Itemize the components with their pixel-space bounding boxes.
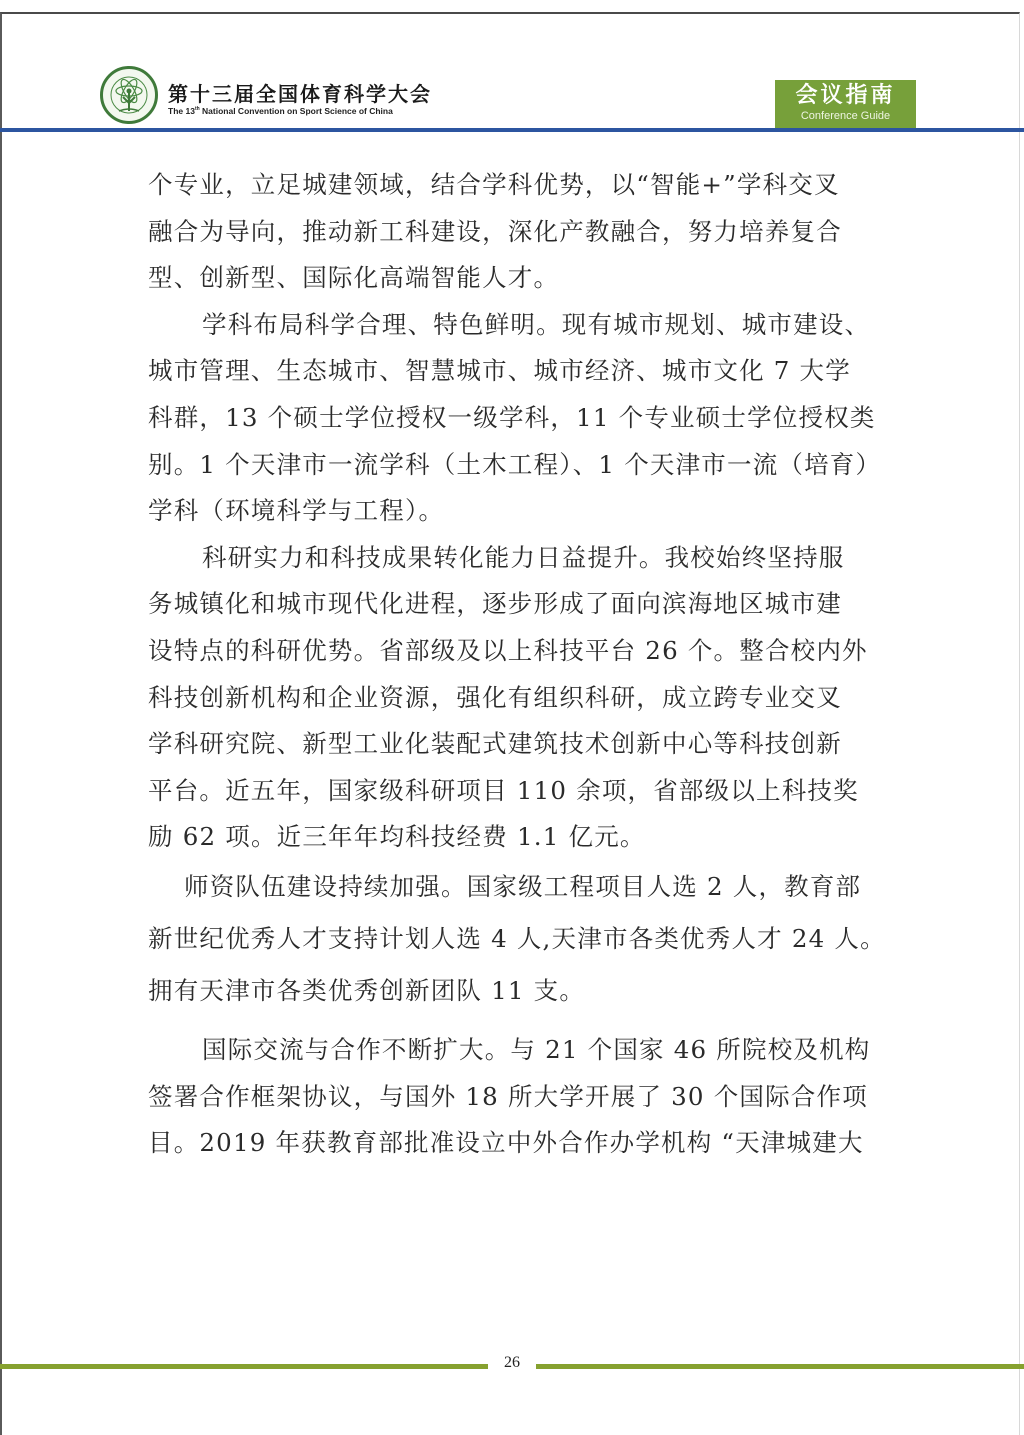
text-line: 新世纪优秀人才支持计划人选 4 人,天津市各类优秀人才 24 人。	[148, 913, 880, 965]
page-number: 26	[492, 1354, 532, 1372]
paragraph-spacer	[148, 1017, 880, 1027]
paragraph-research-strength: 科研实力和科技成果转化能力日益提升。我校始终坚持服 务城镇化和城市现代化进程，逐…	[148, 535, 880, 861]
title-en-prefix: The 13	[168, 106, 195, 116]
text-line: 科群，13 个硕士学位授权一级学科，11 个专业硕士学位授权类	[148, 395, 880, 442]
badge-label-en: Conference Guide	[775, 109, 916, 123]
text-line: 师资队伍建设持续加强。国家级工程项目人选 2 人，教育部	[148, 861, 880, 913]
text-line: 融合为导向，推动新工科建设，深化产教融合，努力培养复合	[148, 209, 880, 256]
text-line: 学科研究院、新型工业化装配式建筑技术创新中心等科技创新	[148, 721, 880, 768]
document-body: 个专业，立足城建领域，结合学科优势，以“智能+”学科交叉 融合为导向，推动新工科…	[148, 162, 880, 1167]
text-line: 设特点的科研优势。省部级及以上科技平台 26 个。整合校内外	[148, 628, 880, 675]
paragraph-discipline-layout: 学科布局科学合理、特色鲜明。现有城市规划、城市建设、 城市管理、生态城市、智慧城…	[148, 302, 880, 535]
text-line: 个专业，立足城建领域，结合学科优势，以“智能+”学科交叉	[148, 162, 880, 209]
text-line: 城市管理、生态城市、智慧城市、城市经济、城市文化 7 大学	[148, 348, 880, 395]
page-header: 第十三届全国体育科学大会 The 13th National Conventio…	[0, 0, 1024, 135]
text-line: 励 62 项。近三年年均科技经费 1.1 亿元。	[148, 814, 880, 861]
text-line: 目。2019 年获教育部批准设立中外合作办学机构 “天津城建大	[148, 1120, 880, 1167]
text-line: 平台。近五年，国家级科研项目 110 余项，省部级以上科技奖	[148, 768, 880, 815]
text-line: 型、创新型、国际化高端智能人才。	[148, 255, 880, 302]
title-en-suffix: National Convention on Sport Science of …	[200, 106, 393, 116]
text-line: 学科布局科学合理、特色鲜明。现有城市规划、城市建设、	[148, 302, 880, 349]
conference-guide-badge: 会议指南 Conference Guide	[775, 80, 916, 128]
text-line: 科研实力和科技成果转化能力日益提升。我校始终坚持服	[148, 535, 880, 582]
text-line: 学科（环境科学与工程）。	[148, 488, 880, 535]
conference-title-en: The 13th National Convention on Sport Sc…	[168, 106, 393, 116]
paragraph-faculty: 师资队伍建设持续加强。国家级工程项目人选 2 人，教育部 新世纪优秀人才支持计划…	[148, 861, 880, 1017]
header-divider	[0, 128, 1024, 132]
footer-divider-right	[536, 1364, 1024, 1369]
text-line: 签署合作框架协议，与国外 18 所大学开展了 30 个国际合作项	[148, 1074, 880, 1121]
paragraph-talent-cultivation: 个专业，立足城建领域，结合学科优势，以“智能+”学科交叉 融合为导向，推动新工科…	[148, 162, 880, 302]
footer-divider-left	[0, 1364, 488, 1369]
conference-emblem-icon	[100, 66, 158, 124]
badge-label-cn: 会议指南	[775, 80, 916, 109]
text-line: 别。1 个天津市一流学科（土木工程）、1 个天津市一流（培育）	[148, 442, 880, 489]
text-line: 国际交流与合作不断扩大。与 21 个国家 46 所院校及机构	[148, 1027, 880, 1074]
text-line: 拥有天津市各类优秀创新团队 11 支。	[148, 965, 880, 1017]
text-line: 务城镇化和城市现代化进程，逐步形成了面向滨海地区城市建	[148, 581, 880, 628]
conference-title-cn: 第十三届全国体育科学大会	[168, 78, 432, 107]
text-line: 科技创新机构和企业资源，强化有组织科研，成立跨专业交叉	[148, 675, 880, 722]
paragraph-international-cooperation: 国际交流与合作不断扩大。与 21 个国家 46 所院校及机构 签署合作框架协议，…	[148, 1027, 880, 1167]
